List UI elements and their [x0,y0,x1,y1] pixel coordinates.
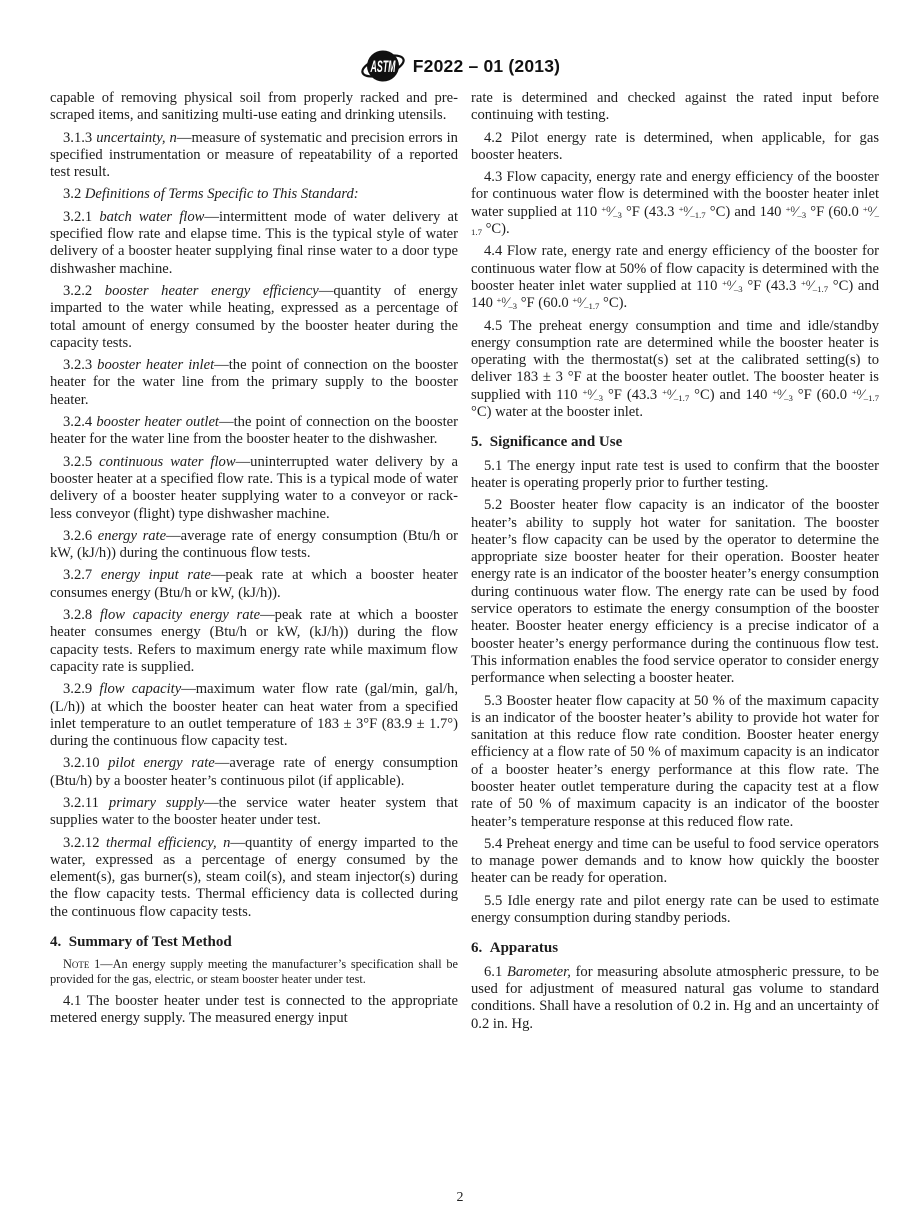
page-footer: 2 [0,1190,920,1206]
paragraph: rate is determined and checked against t… [471,90,879,125]
paragraph: 3.2.10 pilot energy rate—average rate of… [50,755,458,790]
paragraph: 4.4 Flow rate, energy rate and energy ef… [471,243,879,312]
paragraph: 3.2.12 thermal efficiency, n—quantity of… [50,835,458,921]
paragraph: 3.2.3 booster heater inlet—the point of … [50,357,458,409]
paragraph: 4.5 The preheat energy consumption and t… [471,318,879,422]
paragraph: 3.2.8 flow capacity energy rate—peak rat… [50,607,458,676]
paragraph: 3.2.4 booster heater outlet—the point of… [50,414,458,449]
paragraph: 3.2.5 continuous water flow—uninterrupte… [50,454,458,523]
paragraph: 6.1 Barometer, for measuring absolute at… [471,964,879,1033]
section-heading: 4. Summary of Test Method [50,934,458,951]
svg-text:ASTM: ASTM [370,57,396,76]
note-paragraph: Note 1—An energy supply meeting the manu… [50,957,458,987]
paragraph: 4.2 Pilot energy rate is determined, whe… [471,130,879,165]
paragraph: 4.1 The booster heater under test is con… [50,993,458,1028]
document-body: capable of removing physical soil from p… [50,90,879,1038]
paragraph: 3.2.9 flow capacity—maximum water flow r… [50,681,458,750]
astm-logo-icon: ASTM [360,46,406,86]
paragraph: 3.2.6 energy rate—average rate of energy… [50,528,458,563]
paragraph: 3.2.1 batch water flow—intermittent mode… [50,209,458,278]
standard-designation: F2022 – 01 (2013) [413,56,560,77]
section-heading: 6. Apparatus [471,940,879,957]
left-column: capable of removing physical soil from p… [50,90,458,1038]
paragraph: 3.2 Definitions of Terms Specific to Thi… [50,186,458,203]
paragraph: 5.3 Booster heater flow capacity at 50 %… [471,693,879,831]
paragraph: 5.4 Preheat energy and time can be usefu… [471,836,879,888]
document-header: ASTM F2022 – 01 (2013) [0,46,920,86]
page-number: 2 [457,1190,464,1205]
paragraph: 3.2.2 booster heater energy efficiency—q… [50,283,458,352]
document-page: ASTM F2022 – 01 (2013) capable of removi… [0,0,920,1232]
section-heading: 5. Significance and Use [471,434,879,451]
paragraph: 3.2.11 primary supply—the service water … [50,795,458,830]
paragraph: 3.2.7 energy input rate—peak rate at whi… [50,567,458,602]
paragraph: 3.1.3 uncertainty, n—measure of systemat… [50,130,458,182]
right-column: rate is determined and checked against t… [471,90,879,1038]
paragraph: 5.5 Idle energy rate and pilot energy ra… [471,893,879,928]
paragraph: capable of removing physical soil from p… [50,90,458,125]
paragraph: 5.1 The energy input rate test is used t… [471,458,879,493]
paragraph: 5.2 Booster heater flow capacity is an i… [471,497,879,687]
paragraph: 4.3 Flow capacity, energy rate and energ… [471,169,879,238]
